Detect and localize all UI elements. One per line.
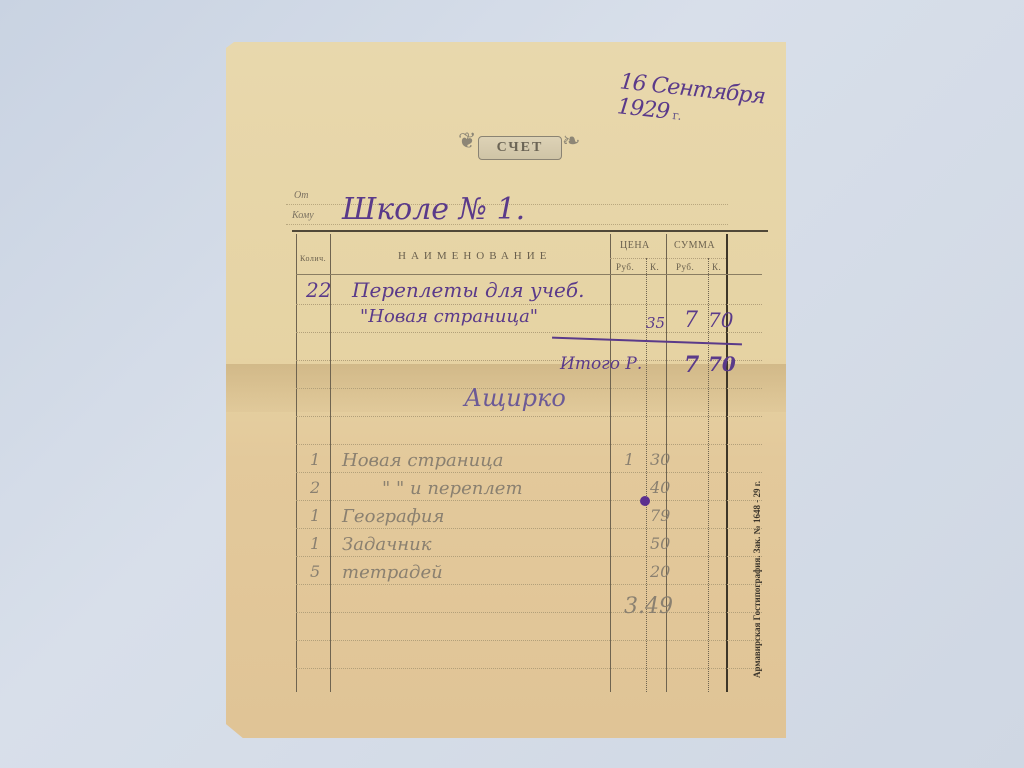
printer-imprint: Армавирская Гостипография. Зак. № 1648 -… <box>752 481 762 678</box>
row-qty: 5 <box>310 562 320 581</box>
row-rule <box>296 584 762 585</box>
total-label: Итого Р. <box>560 354 642 374</box>
row-qty: 1 <box>310 534 320 553</box>
signature: Ащирко <box>464 384 566 412</box>
from-label: От <box>294 190 308 201</box>
table-right-border <box>726 234 728 692</box>
header-price-kop: К. <box>650 262 659 272</box>
table-top-rule <box>292 230 768 232</box>
row-name-line2: "Новая страница" <box>360 306 538 327</box>
row-price-kop: 20 <box>650 562 670 581</box>
row-name: тетрадей <box>342 562 443 583</box>
invoice-title: СЧЕТ <box>478 136 562 160</box>
ornament-right-icon: ❧ <box>562 128 580 154</box>
recipient: Школе № 1. <box>342 192 525 227</box>
row-rule <box>296 556 762 557</box>
name-col-divider <box>610 234 611 692</box>
row-price-kop: 40 <box>650 478 670 497</box>
header-sum-kop: К. <box>712 262 721 272</box>
row-price-kop: 35 <box>646 314 665 332</box>
row-rule <box>296 444 762 445</box>
row-sum-kop: 70 <box>708 308 733 332</box>
row-rule <box>296 612 762 613</box>
header-price: ЦЕНА <box>620 240 650 251</box>
row-rule <box>296 640 762 641</box>
row-name: Задачник <box>342 534 431 555</box>
row-rule <box>296 668 762 669</box>
ink-blot <box>640 496 650 506</box>
row-qty: 22 <box>306 278 331 302</box>
row-name: Новая страница <box>342 450 504 471</box>
row-price-rub: 1 <box>624 450 634 469</box>
header-price-rub: Руб. <box>616 262 634 272</box>
invoice-date: 16 Сентября 1929г. <box>616 69 788 136</box>
row-price-kop: 50 <box>650 534 670 553</box>
table-left-border <box>296 234 297 692</box>
row-name: География <box>342 506 444 527</box>
row-price-kop: 79 <box>650 506 670 525</box>
total-sum-kop: 70 <box>708 352 736 376</box>
price-subheader-rule <box>610 258 726 259</box>
header-sum: СУММА <box>674 240 715 251</box>
qty-col-divider <box>330 234 331 692</box>
ornament-left-icon: ❦ <box>458 128 476 154</box>
date-suffix: г. <box>672 108 682 123</box>
total-sum-rub: 7 <box>684 352 699 378</box>
row-rule <box>296 500 762 501</box>
row-rule <box>296 304 762 305</box>
row-rule <box>296 472 762 473</box>
header-qty: Колич. <box>300 254 326 263</box>
row-price-kop: 30 <box>650 450 670 469</box>
header-sum-rub: Руб. <box>676 262 694 272</box>
row-rule <box>296 528 762 529</box>
header-bottom-rule <box>296 274 762 275</box>
row-name: Переплеты для учеб. <box>352 278 584 302</box>
row-qty: 1 <box>310 506 320 525</box>
row-qty: 1 <box>310 450 320 469</box>
row-sum-rub: 7 <box>684 308 698 333</box>
invoice-paper: 16 Сентября 1929г. ❦ СЧЕТ ❧ От Кому Школ… <box>226 42 786 738</box>
to-label: Кому <box>292 210 314 221</box>
row-qty: 2 <box>310 478 320 497</box>
row-name: " " и переплет <box>382 478 523 499</box>
total-underline <box>552 337 742 346</box>
pencil-total: 3.49 <box>624 594 673 619</box>
row-rule <box>296 416 762 417</box>
invoice-title-emblem: ❦ СЧЕТ ❧ <box>458 122 578 172</box>
header-name: НАИМЕНОВАНИЕ <box>398 250 551 262</box>
date-text: 16 Сентября 1929 <box>616 69 766 124</box>
